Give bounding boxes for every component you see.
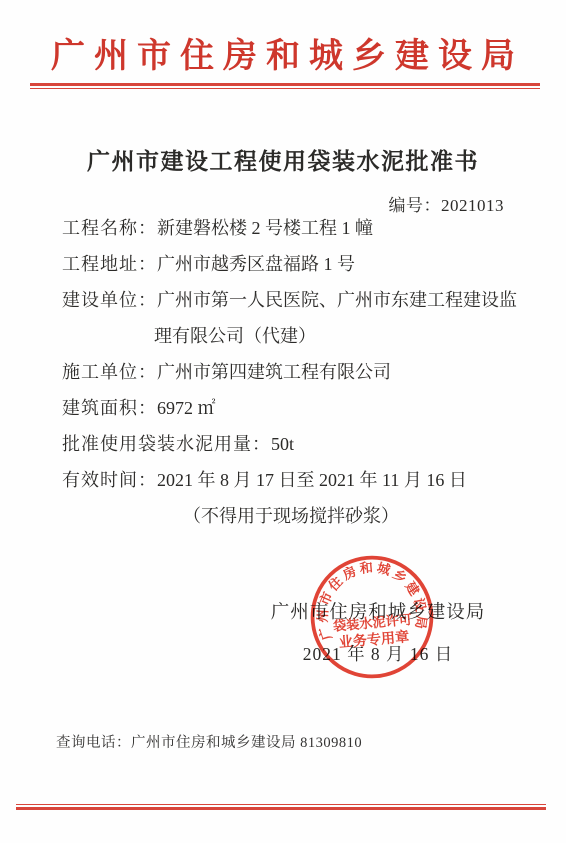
letterhead-agency-title: 广州市住房和城乡建设局: [0, 28, 566, 77]
header-divider-thin-line: [30, 88, 540, 89]
field-row-restriction-note: （不得用于现场搅拌砂浆）: [62, 506, 522, 526]
field-row-project-address: 工程地址：广州市越秀区盘福路 1 号: [62, 254, 522, 274]
field-label: 建筑面积：: [62, 398, 157, 418]
field-value: 理有限公司（代建）: [154, 326, 316, 346]
inquiry-phone-value: 广州市住房和城乡建设局 81309810: [131, 735, 362, 751]
field-row-project-name: 工程名称：新建磐松楼 2 号楼工程 1 幢: [62, 218, 522, 238]
field-value: 2021 年 8 月 17 日至 2021 年 11 月 16 日: [157, 470, 467, 490]
field-value: 6972 ㎡: [157, 398, 216, 418]
inquiry-phone-line: 查询电话：广州市住房和城乡建设局 81309810: [56, 731, 362, 752]
field-label: 批准使用袋装水泥用量：: [62, 434, 271, 454]
field-label: 建设单位：: [62, 290, 157, 310]
signature-date: 2021 年 8 月 16 日: [268, 641, 488, 666]
document-number: 编号：2021013: [389, 191, 505, 216]
header-divider: [30, 83, 540, 89]
field-label: 工程名称：: [62, 218, 157, 238]
fields-section: 工程名称：新建磐松楼 2 号楼工程 1 幢 工程地址：广州市越秀区盘福路 1 号…: [62, 218, 522, 542]
document-number-value: 2021013: [441, 196, 504, 215]
field-row-construction-unit: 建设单位：广州市第一人民医院、广州市东建工程建设监: [62, 290, 522, 310]
field-value: 广州市越秀区盘福路 1 号: [157, 254, 355, 274]
field-value: 50t: [271, 434, 294, 454]
field-label: 工程地址：: [62, 254, 157, 274]
field-value: 广州市第一人民医院、广州市东建工程建设监: [157, 290, 517, 310]
field-value: 新建磐松楼 2 号楼工程 1 幢: [157, 218, 373, 238]
field-label: 有效时间：: [62, 470, 157, 490]
field-row-construction-unit-continuation: 理有限公司（代建）: [62, 326, 522, 346]
signature-block: 广州市住房和城乡建设局 2021 年 8 月 16 日: [268, 598, 488, 666]
field-value: （不得用于现场搅拌砂浆）: [183, 506, 399, 526]
field-row-approved-cement-quantity: 批准使用袋装水泥用量：50t: [62, 434, 522, 454]
footer-divider-thick-line: [16, 807, 546, 810]
footer-divider: [16, 804, 546, 810]
field-row-contractor: 施工单位：广州市第四建筑工程有限公司: [62, 362, 522, 382]
document-number-label: 编号：: [389, 196, 442, 215]
header-divider-thick-line: [30, 83, 540, 86]
field-row-building-area: 建筑面积：6972 ㎡: [62, 398, 522, 418]
field-value: 广州市第四建筑工程有限公司: [157, 362, 391, 382]
document-page: 广州市住房和城乡建设局 广州市建设工程使用袋装水泥批准书 编号：2021013 …: [0, 0, 566, 843]
field-label: 施工单位：: [62, 362, 157, 382]
document-title: 广州市建设工程使用袋装水泥批准书: [0, 143, 566, 176]
footer-divider-thin-line: [16, 804, 546, 805]
inquiry-phone-label: 查询电话：: [56, 735, 131, 751]
signature-agency: 广州市住房和城乡建设局: [268, 598, 488, 624]
field-row-valid-period: 有效时间：2021 年 8 月 17 日至 2021 年 11 月 16 日: [62, 470, 522, 490]
